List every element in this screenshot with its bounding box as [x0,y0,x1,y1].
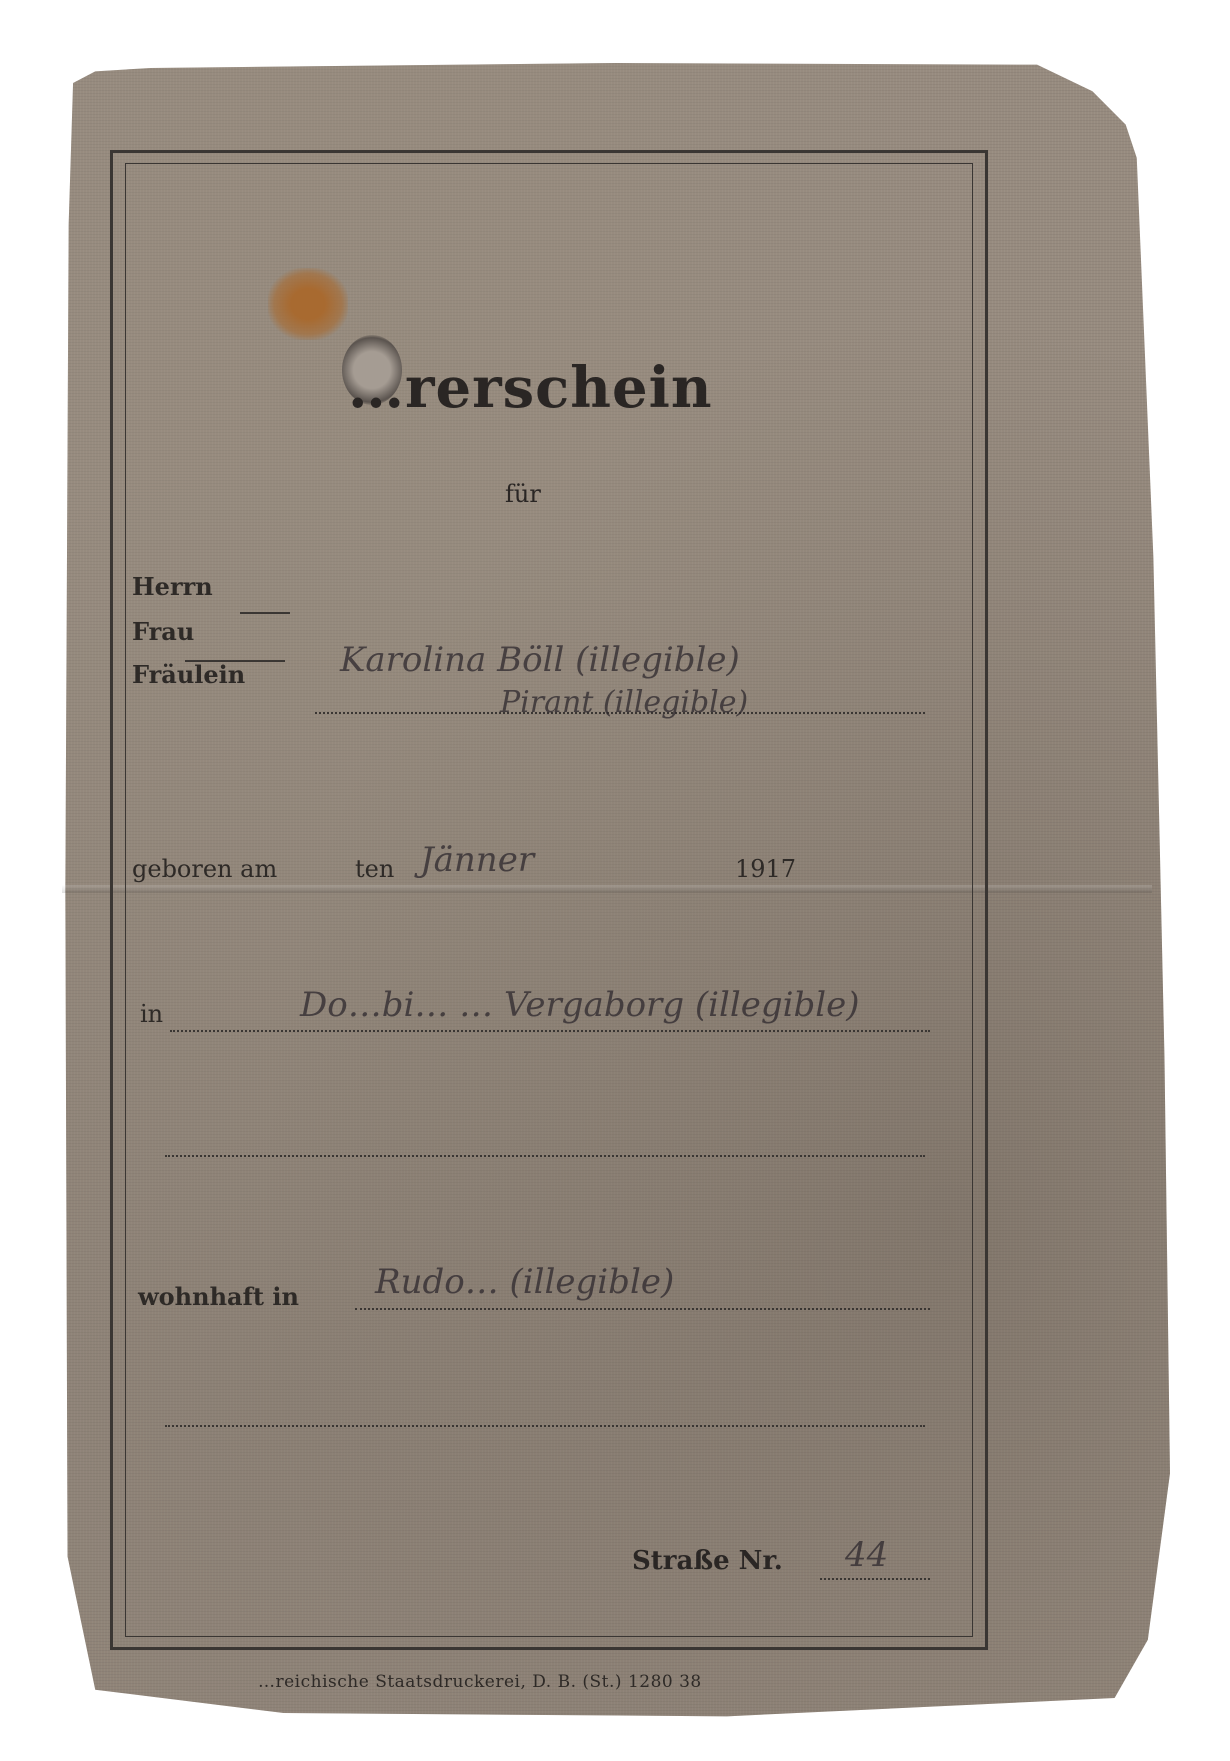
document-title: …rerschein [348,355,713,421]
residence-line [355,1308,930,1310]
name-handwritten: Karolina Böll (illegible) [340,640,740,680]
salutation-frau: Frau [132,617,194,646]
salutation-rule [240,612,290,614]
street-number-line [820,1578,930,1580]
birthplace-label: in [140,1000,163,1028]
blank-line [165,1155,925,1157]
street-label: Straße Nr. [632,1546,783,1576]
born-ten-label: ten [355,855,394,883]
salutation-fraeulein: Fräulein [132,660,245,689]
birthplace-handwritten: Do…bi… … Vergaborg (illegible) [300,985,860,1025]
born-label: geboren am [132,855,277,883]
born-month-handwritten: Jänner [420,840,534,880]
residence-handwritten: Rudo… (illegible) [375,1262,674,1302]
blank-line [165,1425,925,1427]
birthplace-line [170,1030,930,1032]
rust-stain [268,268,348,340]
name-second-handwritten: Pirant (illegible) [500,685,748,720]
printer-imprint: …reichische Staatsdruckerei, D. B. (St.)… [258,1672,702,1692]
street-number-handwritten: 44 [845,1535,888,1575]
residence-label: wohnhaft in [138,1282,299,1311]
salutation-rule [185,660,285,662]
born-year: 1917 [735,855,796,883]
for-label: für [505,480,541,508]
salutation-herrn: Herrn [132,572,213,601]
